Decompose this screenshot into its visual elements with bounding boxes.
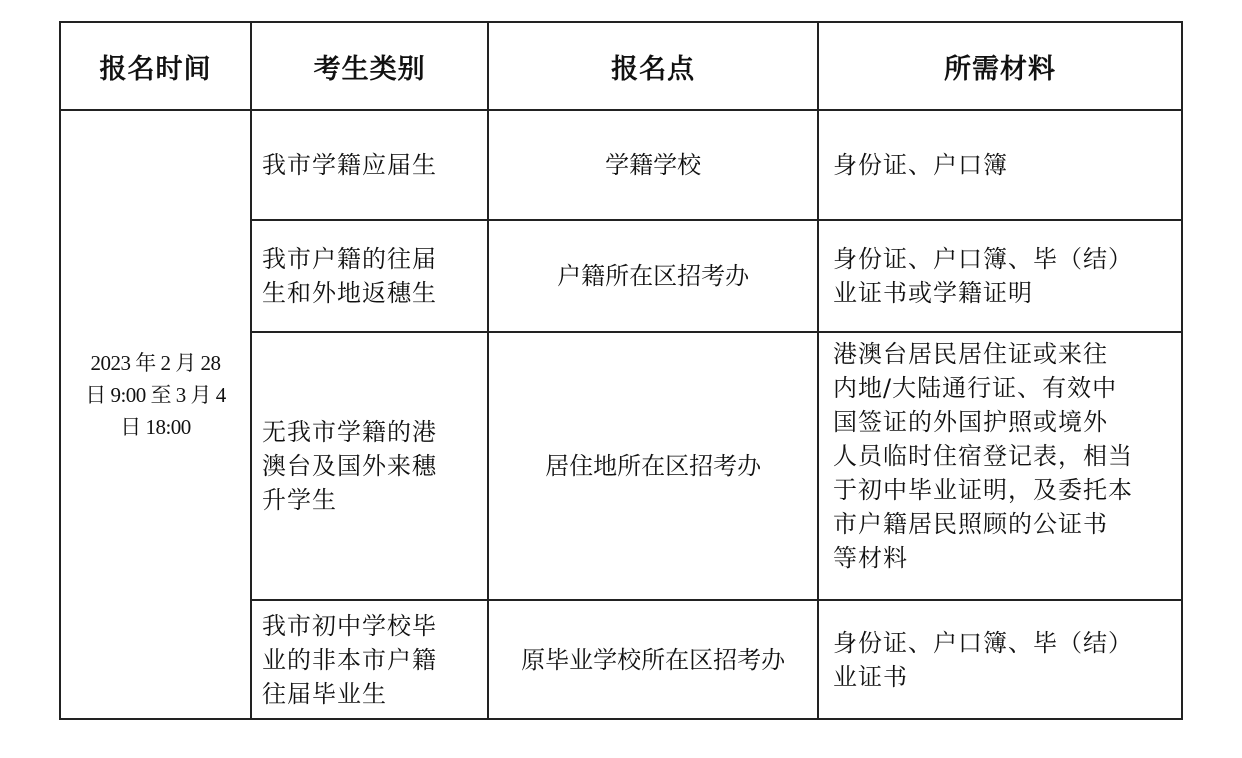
type-line: 我市初中学校毕 [262, 609, 477, 643]
type-line: 升学生 [262, 483, 477, 517]
time-line: 日 9:00 至 3 月 4 [62, 379, 249, 411]
header-candidate-type: 考生类别 [251, 22, 488, 110]
materials-cell: 港澳台居民居住证或来往 内地/大陆通行证、有效中 国签证的外国护照或境外 人员临… [818, 332, 1182, 600]
materials-line: 身份证、户口簿、毕（结） [833, 626, 1171, 660]
registration-place-cell: 学籍学校 [488, 110, 818, 220]
type-line: 往届毕业生 [262, 677, 477, 711]
materials-cell: 身份证、户口簿、毕（结） 业证书 [818, 600, 1182, 719]
type-line: 我市户籍的往届 [262, 242, 477, 276]
header-row: 报名时间 考生类别 报名点 所需材料 [60, 22, 1182, 110]
type-line: 业的非本市户籍 [262, 643, 477, 677]
registration-place-cell: 户籍所在区招考办 [488, 220, 818, 332]
candidate-type-cell: 我市初中学校毕 业的非本市户籍 往届毕业生 [251, 600, 488, 719]
candidate-type-cell: 无我市学籍的港 澳台及国外来穗 升学生 [251, 332, 488, 600]
materials-line: 业证书 [833, 660, 1171, 694]
candidate-type-cell: 我市户籍的往届 生和外地返穗生 [251, 220, 488, 332]
type-line: 生和外地返穗生 [262, 276, 477, 310]
materials-cell: 身份证、户口簿、毕（结） 业证书或学籍证明 [818, 220, 1182, 332]
materials-line: 业证书或学籍证明 [833, 276, 1171, 310]
materials-line: 国签证的外国护照或境外 [833, 405, 1171, 439]
table-row: 2023 年 2 月 28 日 9:00 至 3 月 4 日 18:00 我市学… [60, 110, 1182, 220]
registration-time-text: 2023 年 2 月 28 日 9:00 至 3 月 4 日 18:00 [62, 347, 249, 443]
registration-table: 报名时间 考生类别 报名点 所需材料 2023 年 2 月 28 日 9:00 … [59, 21, 1183, 720]
materials-line: 港澳台居民居住证或来往 [833, 337, 1171, 371]
materials-line: 身份证、户口簿 [833, 148, 1171, 182]
registration-place-cell: 原毕业学校所在区招考办 [488, 600, 818, 719]
materials-line: 等材料 [833, 541, 1171, 575]
candidate-type-cell: 我市学籍应届生 [251, 110, 488, 220]
materials-line: 于初中毕业证明，及委托本 [833, 473, 1171, 507]
materials-line: 身份证、户口簿、毕（结） [833, 242, 1171, 276]
header-registration-place: 报名点 [488, 22, 818, 110]
type-line: 我市学籍应届生 [262, 148, 477, 182]
header-required-materials: 所需材料 [818, 22, 1182, 110]
materials-cell: 身份证、户口簿 [818, 110, 1182, 220]
time-line: 2023 年 2 月 28 [62, 347, 249, 379]
type-line: 无我市学籍的港 [262, 415, 477, 449]
time-line: 日 18:00 [62, 411, 249, 443]
materials-line: 内地/大陆通行证、有效中 [833, 371, 1171, 405]
header-registration-time: 报名时间 [60, 22, 251, 110]
type-line: 澳台及国外来穗 [262, 449, 477, 483]
materials-line: 人员临时住宿登记表，相当 [833, 439, 1171, 473]
registration-time-cell: 2023 年 2 月 28 日 9:00 至 3 月 4 日 18:00 [60, 110, 251, 719]
materials-line: 市户籍居民照顾的公证书 [833, 507, 1171, 541]
registration-place-cell: 居住地所在区招考办 [488, 332, 818, 600]
